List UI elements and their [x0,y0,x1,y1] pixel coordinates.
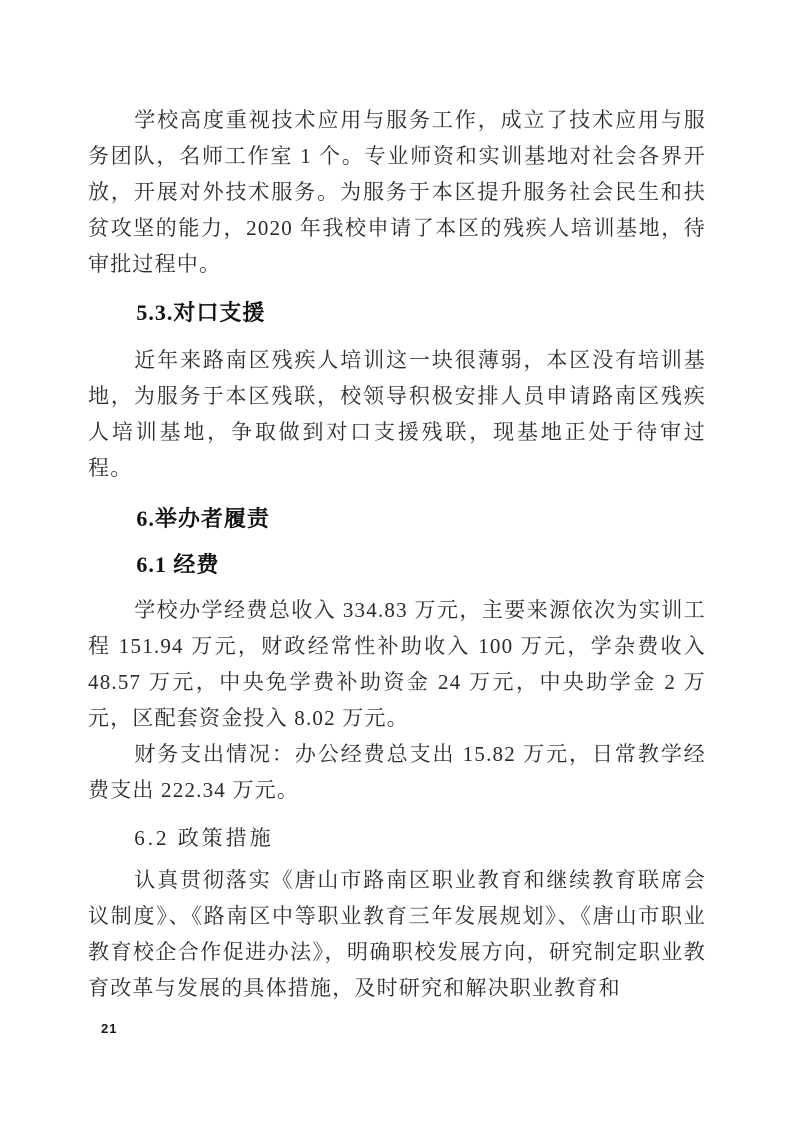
document-page: 学校高度重视技术应用与服务工作，成立了技术应用与服务团队，名师工作室 1 个。专… [0,0,793,1122]
page-number: 21 [101,1021,117,1036]
document-text-block: 学校高度重视技术应用与服务工作，成立了技术应用与服务团队，名师工作室 1 个。专… [88,102,706,1006]
heading-6-2-policy-measures: 6.2 政策措施 [88,820,706,856]
paragraph-funding-income: 学校办学经费总收入 334.83 万元，主要来源依次为实训工程 151.94 万… [88,592,706,736]
heading-5-3-counterpart-support: 5.3.对口支援 [88,298,706,328]
paragraph-technical-application-service: 学校高度重视技术应用与服务工作，成立了技术应用与服务团队，名师工作室 1 个。专… [88,102,706,282]
paragraph-policy-implementation: 认真贯彻落实《唐山市路南区职业教育和继续教育联席会议制度》、《路南区中等职业教育… [88,862,706,1006]
heading-6-1-funding: 6.1 经费 [88,550,706,580]
heading-6-organizer-responsibility: 6.举办者履责 [88,504,706,534]
paragraph-financial-expenditure: 财务支出情况：办公经费总支出 15.82 万元，日常教学经费支出 222.34 … [88,736,706,808]
paragraph-disabled-training-base: 近年来路南区残疾人培训这一块很薄弱，本区没有培训基地，为服务于本区残联，校领导积… [88,342,706,486]
